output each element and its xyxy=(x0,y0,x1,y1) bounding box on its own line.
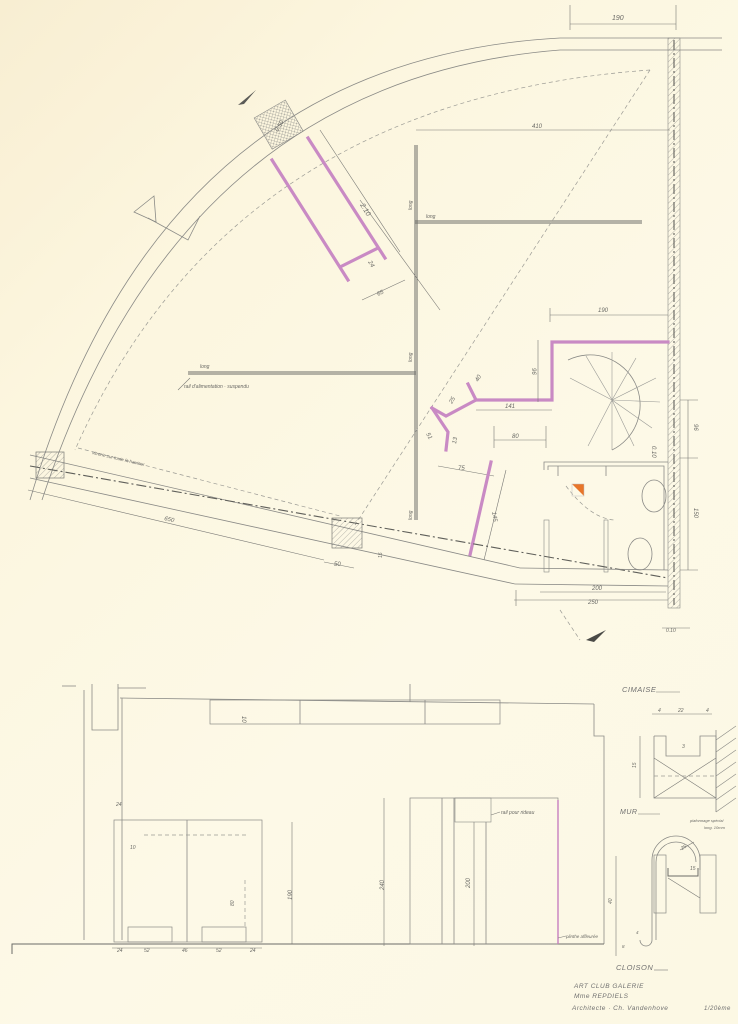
title-block: ART CLUB GALERIE Mme REPDIELS Architecte… xyxy=(571,983,731,1012)
dim-corridor-210: 2.10 xyxy=(358,202,372,218)
dim-front-650: 650 xyxy=(164,516,176,524)
dim-elev-10: 10 xyxy=(130,845,136,851)
spiral-staircase: 0.10 xyxy=(568,352,660,458)
drawing-sheet: 190 0.50 2.10 24 65 410 xyxy=(0,0,738,1024)
dim-25: 25 xyxy=(448,396,457,406)
dim-elev-190: 190 xyxy=(288,889,294,900)
dim-stair-010: 0.10 xyxy=(650,446,656,458)
mur-note-2: long. 10mm xyxy=(704,825,726,830)
dim-top-190: 190 xyxy=(612,15,624,22)
detail-title-mur: MUR xyxy=(620,809,637,816)
label-curtain-rail: rail pour rideau xyxy=(501,810,535,816)
dim-wc-200: 200 xyxy=(591,586,603,592)
dim-bottom-2: 46 xyxy=(182,948,188,954)
dim-step-15: 15 xyxy=(378,552,384,558)
cimaise-depth: 3 xyxy=(682,744,685,750)
label-rail-note: rail d'alimentation · suspendu xyxy=(184,384,249,390)
dim-corner-010: 0.10 xyxy=(666,628,676,634)
pillar-left xyxy=(36,452,64,478)
dim-elev-80: 80 xyxy=(230,900,236,906)
details: CIMAISE 4 22 4 15 3 MUR plafonnage spéci… xyxy=(608,685,736,972)
title-line-3: Architecte · Ch. Vandenhove xyxy=(571,1005,668,1012)
dim-stair-96: 96 xyxy=(530,368,536,375)
dim-bottom-4: 24 xyxy=(249,948,256,954)
dim-40: 40 xyxy=(475,374,484,383)
mur-note-1: plafonnage spécial xyxy=(689,818,723,823)
dim-80: 80 xyxy=(512,434,519,440)
cloison-small-1: 4 xyxy=(636,930,639,935)
marker-orange xyxy=(572,484,584,496)
cimaise-dim-1: 22 xyxy=(677,708,684,714)
dim-51: 51 xyxy=(424,432,433,441)
section-arrow-icon xyxy=(586,630,606,642)
dim-elev-top-10: 10 xyxy=(240,716,246,723)
detail-title-cloison: CLOISON xyxy=(616,963,653,972)
pillar-mid xyxy=(332,518,362,548)
dim-right-96: 96 xyxy=(692,424,698,431)
dim-elev-24: 24 xyxy=(115,802,122,808)
dim-13: 13 xyxy=(452,436,459,444)
dim-elev-240: 240 xyxy=(380,879,386,891)
label-rail-vertical-3: long xyxy=(408,510,414,520)
architectural-drawing: 190 0.50 2.10 24 65 410 xyxy=(0,0,738,1024)
cloison-small-2: 8 xyxy=(622,944,625,949)
cimaise-height: 15 xyxy=(632,762,638,768)
wc-block xyxy=(544,462,668,572)
label-rail-upper: long xyxy=(426,214,436,220)
floor-plan: 190 0.50 2.10 24 65 410 xyxy=(28,5,722,642)
dim-corridor-24: 24 xyxy=(366,259,376,269)
label-rail-left: long xyxy=(200,364,210,370)
cloison-depth: 15 xyxy=(690,866,696,872)
dim-145: 145 xyxy=(490,511,498,523)
label-rail-vertical-2: long xyxy=(408,352,414,362)
label-skirting: plinthe affleurée xyxy=(565,934,599,939)
dim-pillar-50: 50 xyxy=(334,562,341,568)
title-scale: 1/20ème xyxy=(704,1006,731,1012)
dim-elev-200: 200 xyxy=(466,877,472,889)
dim-bottom-1: 52 xyxy=(144,948,150,954)
dim-bottom-3: 52 xyxy=(216,948,222,954)
elevation-view: 10 24 10 80 190 24 52 46 52 24 240 xyxy=(12,684,604,954)
dim-corridor-65: 65 xyxy=(376,289,385,298)
dim-upper-410: 410 xyxy=(532,124,543,130)
dim-right-150: 150 xyxy=(692,508,698,519)
dim-75: 75 xyxy=(458,466,465,472)
detail-title-cimaise: CIMAISE xyxy=(622,685,657,694)
dim-141: 141 xyxy=(505,404,515,410)
title-line-2: Mme REPDIELS xyxy=(574,993,629,1000)
title-line-1: ART CLUB GALERIE xyxy=(573,983,644,990)
cimaise-dim-0: 4 xyxy=(658,708,661,714)
label-window-note: vitrerie sur toute la hauteur xyxy=(92,450,146,467)
label-rail-vertical: long xyxy=(408,200,414,210)
dim-bottom-0: 24 xyxy=(116,948,123,954)
cloison-height: 40 xyxy=(608,898,614,904)
cimaise-dim-2: 4 xyxy=(706,708,709,714)
dim-stair-190: 190 xyxy=(598,308,609,314)
dim-wc-250: 250 xyxy=(587,600,599,606)
